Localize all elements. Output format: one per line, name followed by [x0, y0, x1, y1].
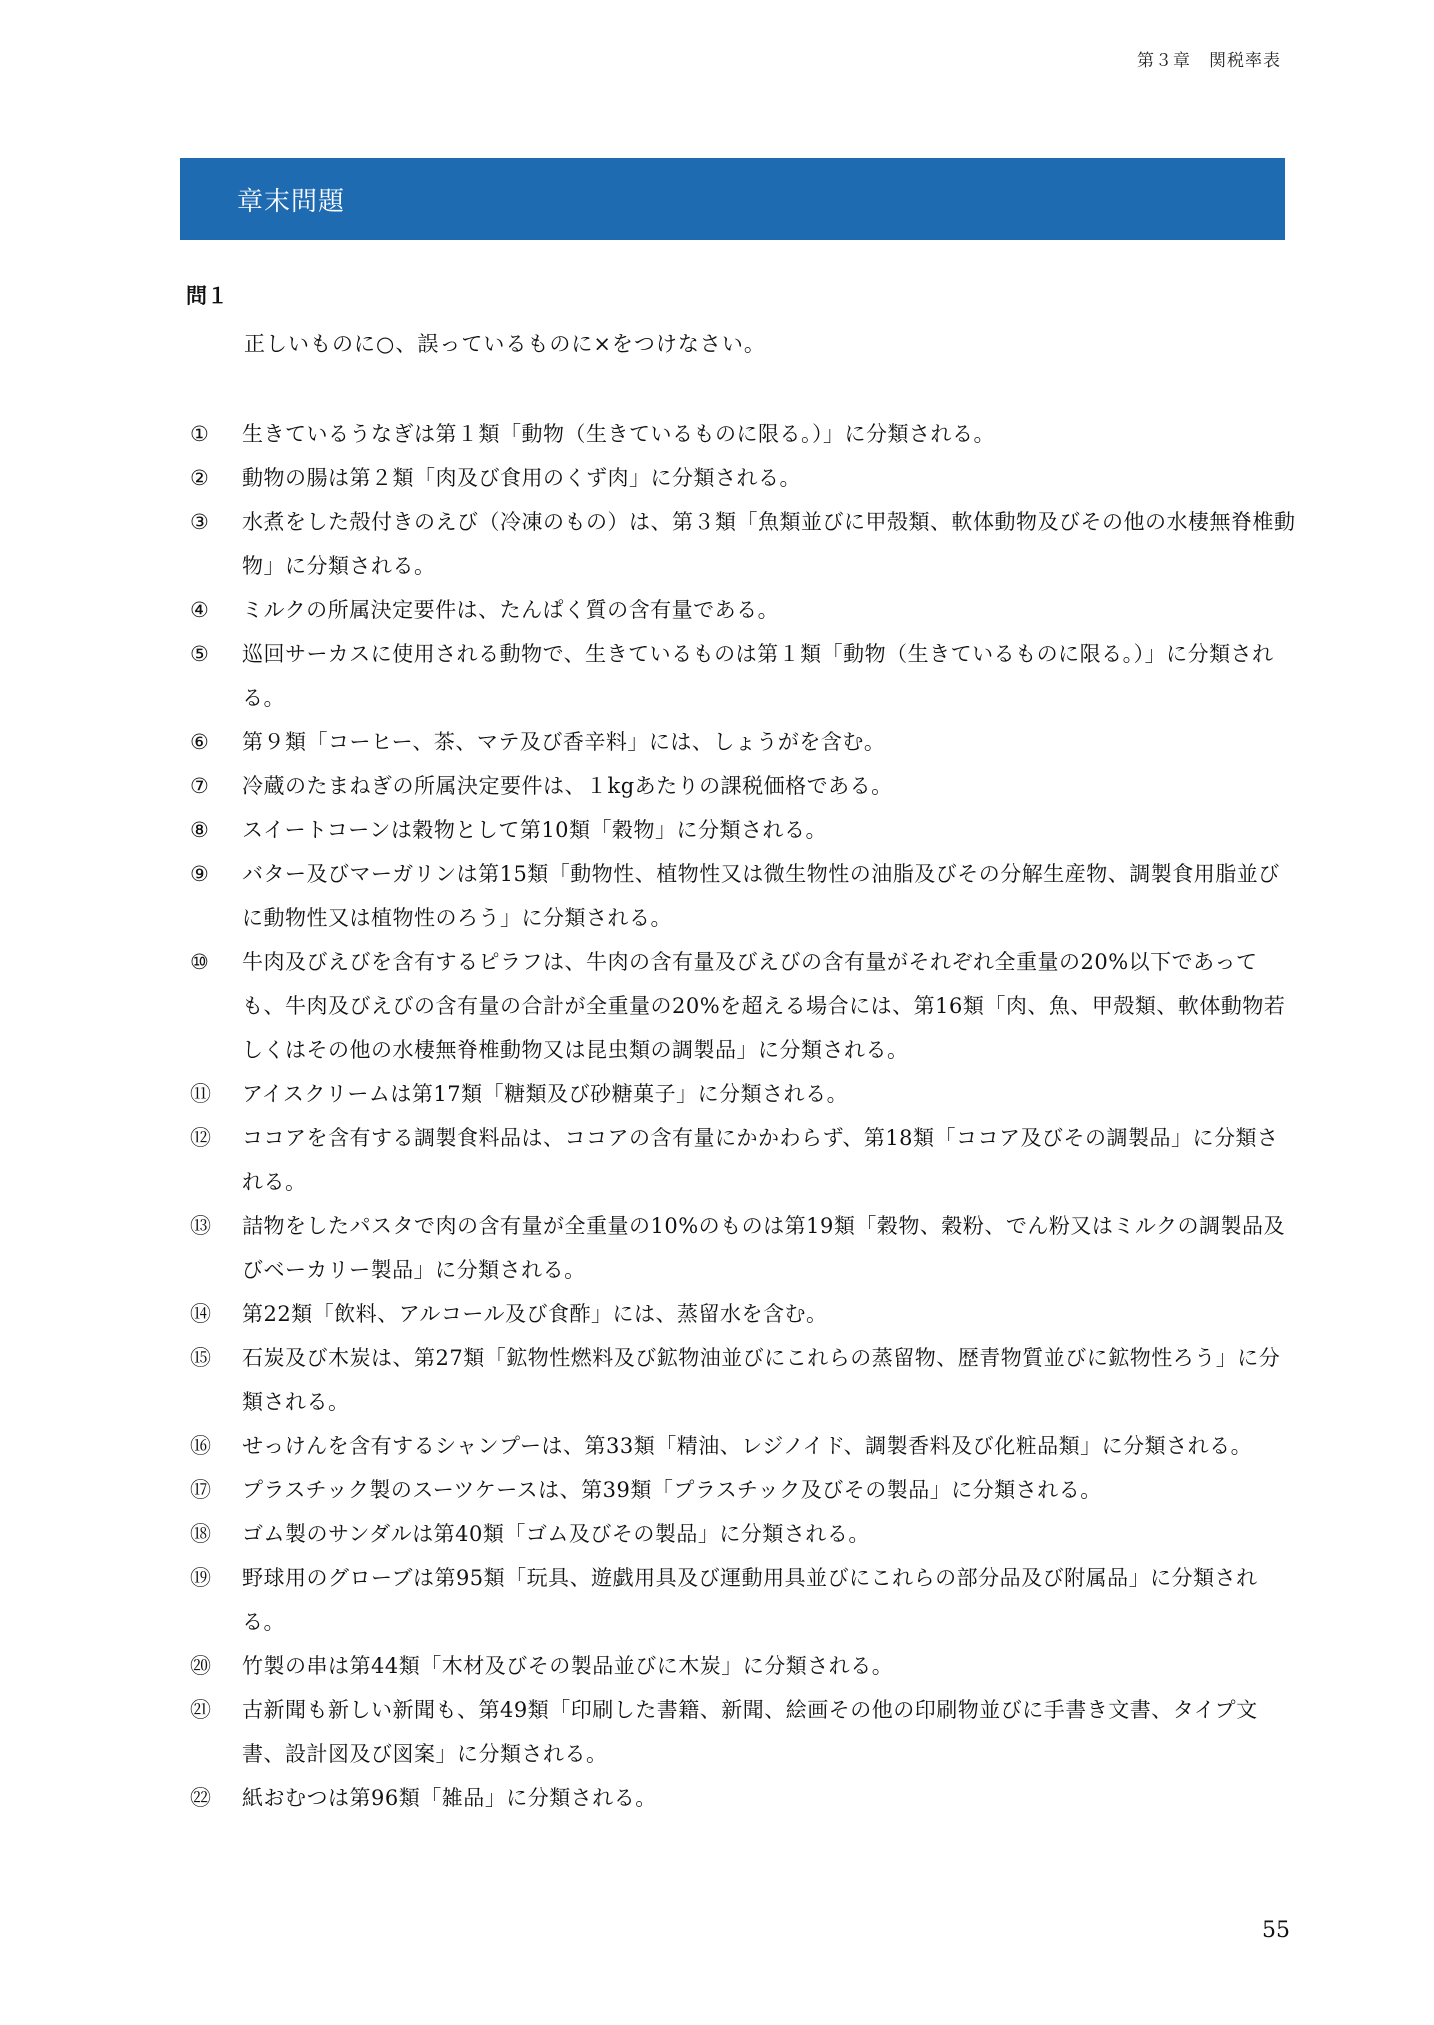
item-number: ⑪ [190, 1072, 234, 1116]
list-item: ①生きているうなぎは第１類「動物（生きているものに限る。）」に分類される。 [190, 412, 1300, 456]
chapter-title: 関税率表 [1209, 51, 1281, 71]
item-number: ㉒ [190, 1776, 234, 1820]
item-text: 巡回サーカスに使用される動物で、生きているものは第１類「動物（生きているものに限… [234, 632, 1300, 720]
item-text: ココアを含有する調製食料品は、ココアの含有量にかかわらず、第18類「ココア及びそ… [234, 1116, 1300, 1204]
list-item: ⑯せっけんを含有するシャンプーは、第33類「精油、レジノイド、調製香料及び化粧品… [190, 1424, 1300, 1468]
list-item: ⑳竹製の串は第44類「木材及びその製品並びに木炭」に分類される。 [190, 1644, 1300, 1688]
item-number: ⑧ [190, 808, 234, 852]
item-number: ② [190, 456, 234, 500]
item-number: ㉑ [190, 1688, 234, 1732]
item-text: 石炭及び木炭は、第27類「鉱物性燃料及び鉱物油並びにこれらの蒸留物、歴青物質並び… [234, 1336, 1300, 1424]
item-text: プラスチック製のスーツケースは、第39類「プラスチック及びその製品」に分類される… [234, 1468, 1300, 1512]
item-text: ミルクの所属決定要件は、たんぱく質の含有量である。 [234, 588, 1300, 632]
item-text: 古新聞も新しい新聞も、第49類「印刷した書籍、新聞、絵画その他の印刷物並びに手書… [234, 1688, 1300, 1776]
item-number: ③ [190, 500, 234, 544]
item-number: ⑤ [190, 632, 234, 676]
list-item: ⑬詰物をしたパスタで肉の含有量が全重量の10%のものは第19類「穀物、穀粉、でん… [190, 1204, 1300, 1292]
item-number: ⑯ [190, 1424, 234, 1468]
list-item: ③水煮をした殻付きのえび（冷凍のもの）は、第３類「魚類並びに甲殻類、軟体動物及び… [190, 500, 1300, 588]
chapter-number: 第３章 [1137, 51, 1191, 71]
item-text: 動物の腸は第２類「肉及び食用のくず肉」に分類される。 [234, 456, 1300, 500]
item-number: ① [190, 412, 234, 456]
item-text: 竹製の串は第44類「木材及びその製品並びに木炭」に分類される。 [234, 1644, 1300, 1688]
item-text: 水煮をした殻付きのえび（冷凍のもの）は、第３類「魚類並びに甲殻類、軟体動物及びそ… [234, 500, 1300, 588]
item-text: 生きているうなぎは第１類「動物（生きているものに限る。）」に分類される。 [234, 412, 1300, 456]
item-text: 牛肉及びえびを含有するピラフは、牛肉の含有量及びえびの含有量がそれぞれ全重量の2… [234, 940, 1300, 1072]
item-text: せっけんを含有するシャンプーは、第33類「精油、レジノイド、調製香料及び化粧品類… [234, 1424, 1300, 1468]
item-number: ④ [190, 588, 234, 632]
item-number: ⑫ [190, 1116, 234, 1160]
item-number: ⑰ [190, 1468, 234, 1512]
list-item: ㉒紙おむつは第96類「雑品」に分類される。 [190, 1776, 1300, 1820]
list-item: ㉑古新聞も新しい新聞も、第49類「印刷した書籍、新聞、絵画その他の印刷物並びに手… [190, 1688, 1300, 1776]
list-item: ⑭第22類「飲料、アルコール及び食酢」には、蒸留水を含む。 [190, 1292, 1300, 1336]
item-number: ⑩ [190, 940, 234, 984]
page-number: 55 [1262, 1918, 1290, 1943]
list-item: ⑲野球用のグローブは第95類「玩具、遊戯用具及び運動用具並びにこれらの部分品及び… [190, 1556, 1300, 1644]
item-text: スイートコーンは穀物として第10類「穀物」に分類される。 [234, 808, 1300, 852]
list-item: ⑧スイートコーンは穀物として第10類「穀物」に分類される。 [190, 808, 1300, 852]
list-item: ⑦冷蔵のたまねぎの所属決定要件は、１kgあたりの課税価格である。 [190, 764, 1300, 808]
running-header: 第３章関税率表 [1137, 46, 1281, 71]
list-item: ⑩牛肉及びえびを含有するピラフは、牛肉の含有量及びえびの含有量がそれぞれ全重量の… [190, 940, 1300, 1072]
list-item: ④ミルクの所属決定要件は、たんぱく質の含有量である。 [190, 588, 1300, 632]
item-number: ⑳ [190, 1644, 234, 1688]
item-text: 詰物をしたパスタで肉の含有量が全重量の10%のものは第19類「穀物、穀粉、でん粉… [234, 1204, 1300, 1292]
list-item: ⑥第９類「コーヒー、茶、マテ及び香辛料」には、しょうがを含む。 [190, 720, 1300, 764]
item-text: バター及びマーガリンは第15類「動物性、植物性又は微生物性の油脂及びその分解生産… [234, 852, 1300, 940]
question-label: 問１ [186, 280, 228, 310]
list-item: ⑫ココアを含有する調製食料品は、ココアの含有量にかかわらず、第18類「ココア及び… [190, 1116, 1300, 1204]
item-text: 第９類「コーヒー、茶、マテ及び香辛料」には、しょうがを含む。 [234, 720, 1300, 764]
list-item: ⑱ゴム製のサンダルは第40類「ゴム及びその製品」に分類される。 [190, 1512, 1300, 1556]
list-item: ②動物の腸は第２類「肉及び食用のくず肉」に分類される。 [190, 456, 1300, 500]
item-text: 冷蔵のたまねぎの所属決定要件は、１kgあたりの課税価格である。 [234, 764, 1300, 808]
list-item: ⑮石炭及び木炭は、第27類「鉱物性燃料及び鉱物油並びにこれらの蒸留物、歴青物質並… [190, 1336, 1300, 1424]
item-number: ⑲ [190, 1556, 234, 1600]
item-number: ⑥ [190, 720, 234, 764]
item-number: ⑱ [190, 1512, 234, 1556]
item-text: ゴム製のサンダルは第40類「ゴム及びその製品」に分類される。 [234, 1512, 1300, 1556]
item-number: ⑭ [190, 1292, 234, 1336]
item-number: ⑨ [190, 852, 234, 896]
section-title: 章末問題 [237, 181, 345, 218]
item-text: 野球用のグローブは第95類「玩具、遊戯用具及び運動用具並びにこれらの部分品及び附… [234, 1556, 1300, 1644]
item-text: 第22類「飲料、アルコール及び食酢」には、蒸留水を含む。 [234, 1292, 1300, 1336]
item-number: ⑬ [190, 1204, 234, 1248]
item-number: ⑮ [190, 1336, 234, 1380]
item-text: 紙おむつは第96類「雑品」に分類される。 [234, 1776, 1300, 1820]
item-number: ⑦ [190, 764, 234, 808]
list-item: ⑰プラスチック製のスーツケースは、第39類「プラスチック及びその製品」に分類され… [190, 1468, 1300, 1512]
question-instruction: 正しいものに○、誤っているものに×をつけなさい。 [244, 328, 766, 358]
list-item: ⑨バター及びマーガリンは第15類「動物性、植物性又は微生物性の油脂及びその分解生… [190, 852, 1300, 940]
list-item: ⑤巡回サーカスに使用される動物で、生きているものは第１類「動物（生きているものに… [190, 632, 1300, 720]
question-item-list: ①生きているうなぎは第１類「動物（生きているものに限る。）」に分類される。 ②動… [190, 412, 1300, 1820]
section-title-bar: 章末問題 [180, 158, 1285, 240]
item-text: アイスクリームは第17類「糖類及び砂糖菓子」に分類される。 [234, 1072, 1300, 1116]
list-item: ⑪アイスクリームは第17類「糖類及び砂糖菓子」に分類される。 [190, 1072, 1300, 1116]
